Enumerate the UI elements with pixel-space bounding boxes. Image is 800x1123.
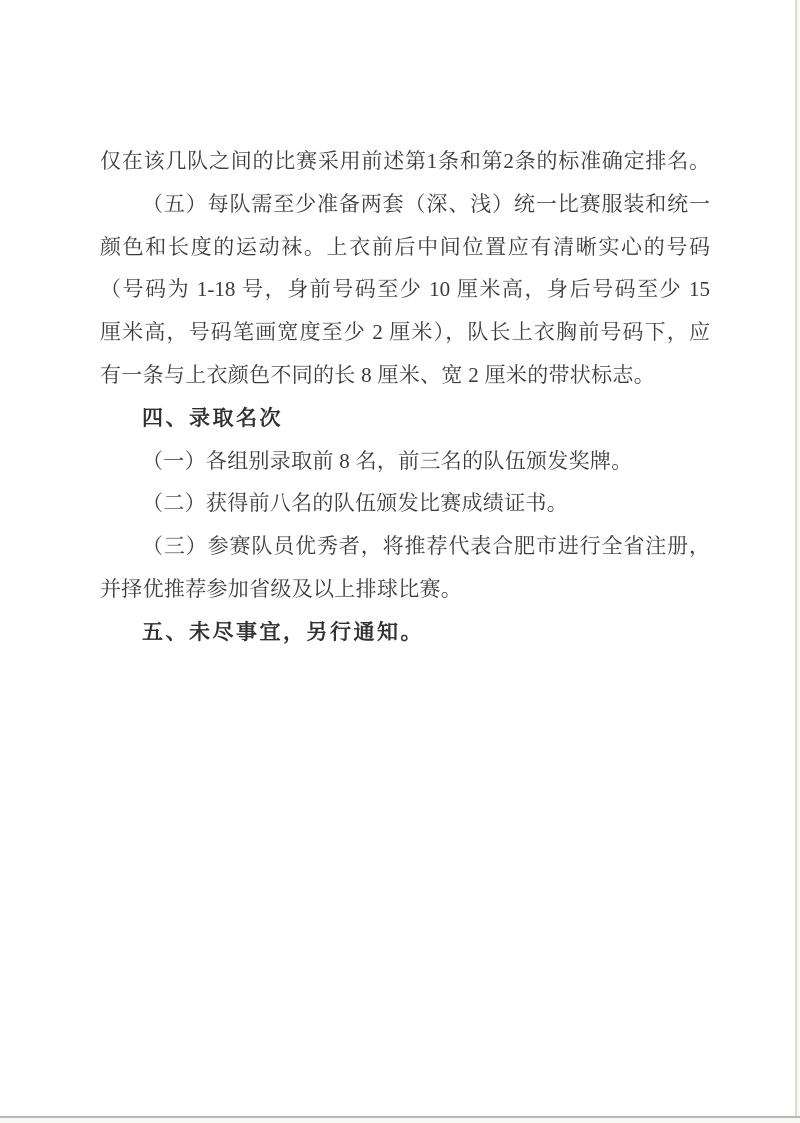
- text-line: （二）获得前八名的队伍颁发比赛成绩证书。: [100, 482, 710, 525]
- section-heading-4: 四、录取名次: [100, 397, 710, 440]
- text-line: 仅在该几队之间的比赛采用前述第1条和第2条的标准确定排名。: [100, 140, 710, 183]
- document-page: 仅在该几队之间的比赛采用前述第1条和第2条的标准确定排名。 （五）每队需至少准备…: [0, 0, 800, 1123]
- scan-page-edge-bottom: [0, 1116, 800, 1118]
- scan-margin-bottom: [0, 1118, 800, 1123]
- text-line: （一）各组别录取前 8 名，前三名的队伍颁发奖牌。: [100, 440, 710, 483]
- text-line: 并择优推荐参加省级及以上排球比赛。: [100, 568, 710, 611]
- text-line: （三）参赛队员优秀者，将推荐代表合肥市进行全省注册，: [100, 525, 710, 568]
- section-heading-5: 五、未尽事宜，另行通知。: [100, 611, 710, 654]
- text-line: （五）每队需至少准备两套（深、浅）统一比赛服装和统一: [100, 183, 710, 226]
- text-line: 厘米高，号码笔画宽度至少 2 厘米），队长上衣胸前号码下，应: [100, 311, 710, 354]
- document-body: 仅在该几队之间的比赛采用前述第1条和第2条的标准确定排名。 （五）每队需至少准备…: [100, 140, 710, 654]
- text-line: （号码为 1-18 号，身前号码至少 10 厘米高，身后号码至少 15: [100, 268, 710, 311]
- scan-page-edge-right: [795, 0, 797, 1123]
- text-line: 颜色和长度的运动袜。上衣前后中间位置应有清晰实心的号码: [100, 226, 710, 269]
- text-line: 有一条与上衣颜色不同的长 8 厘米、宽 2 厘米的带状标志。: [100, 354, 710, 397]
